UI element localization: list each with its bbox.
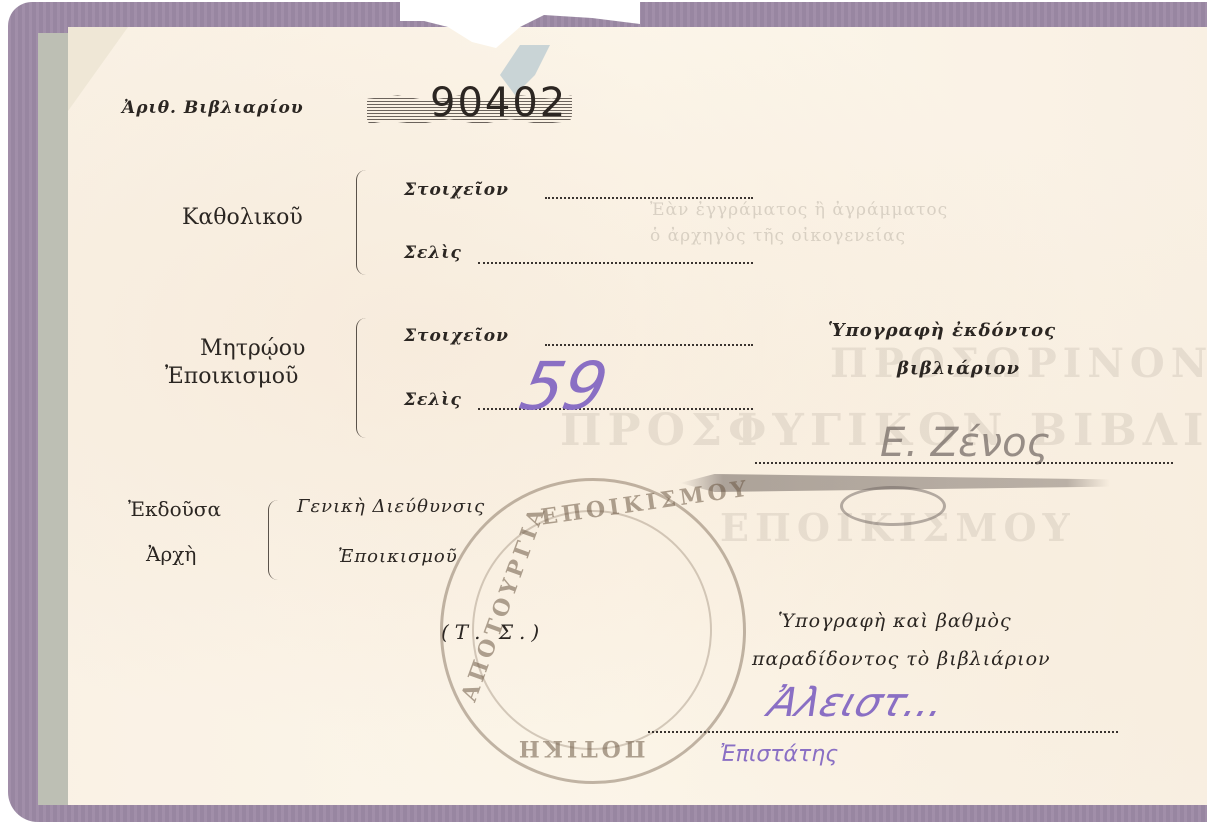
brace (356, 318, 367, 438)
catholic-element-field (545, 197, 753, 199)
bleed-through-small1: Ἐὰν ἐγγράματος ἢ ἀγράμματος (650, 200, 948, 220)
deliverer-signature-label-1: Ὑπογραφὴ καὶ βαθμὸς (778, 610, 1012, 632)
catholic-element-label: Στοιχεῖον (404, 180, 509, 200)
booklet-number-label: Ἀριθ. Βιβλιαρίου (122, 98, 304, 118)
issuing-authority-value-1: Γενικὴ Διεύθυνσις (297, 496, 485, 517)
brace (268, 500, 279, 580)
deliverer-signature-label-2: παραδίδοντος τὸ βιβλιάριον (752, 648, 1051, 670)
bleed-through-small2: ὁ ἀρχηγὸς τῆς οἰκογενείας (650, 226, 906, 246)
settlement-page-label: Σελὶς (404, 390, 462, 410)
settlement-page-value: 59 (514, 348, 614, 425)
official-stamp-inner-ring (472, 510, 712, 750)
signature-flourish-loop (840, 486, 946, 526)
issuing-authority-label-1: Ἐκδοῦσα (128, 497, 221, 521)
deliverer-signature-line (648, 731, 1118, 733)
settlement-element-label: Στοιχεῖον (404, 326, 509, 346)
settlement-register-label-1: Μητρῴου (200, 336, 305, 361)
issuer-signature-label-1: Ὑπογραφὴ ἐκδόντος (828, 320, 1056, 341)
deliverer-signature: Ἀλειστ... (763, 680, 952, 726)
stamp-text-bottom: ΠΟΤΙΚΗ (515, 735, 646, 761)
catholic-register-label: Καθολικοῦ (182, 205, 303, 230)
catholic-page-field (478, 262, 753, 264)
corner-fold (68, 27, 128, 111)
issuer-signature-label-2: βιβλιάριον (897, 358, 1020, 379)
brace (356, 170, 367, 275)
deliverer-rank: Ἐπιστάτης (720, 742, 838, 767)
settlement-register-label-2: Ἐποικισμοῦ (165, 364, 298, 389)
issuing-authority-value-2: Ἐποικισμοῦ (338, 546, 458, 567)
settlement-element-field (545, 344, 753, 346)
issuer-signature: E. Zένος (880, 420, 1050, 466)
booklet-number-value: 90402 (430, 80, 567, 126)
catholic-page-label: Σελὶς (404, 243, 462, 263)
issuer-signature-line (755, 462, 1173, 464)
issuing-authority-label-2: Ἀρχὴ (146, 542, 196, 566)
